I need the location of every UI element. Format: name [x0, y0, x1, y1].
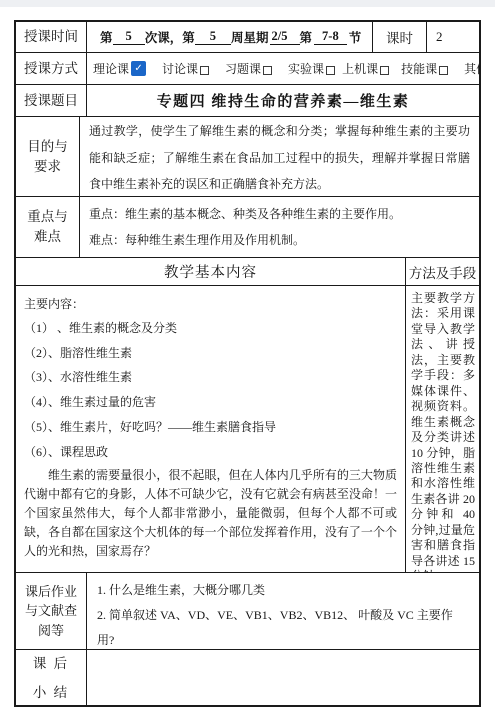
method-option: 实验课 — [288, 60, 335, 77]
content-list-item: （1） 、维生素的概念及分类 — [24, 316, 397, 341]
summary-empty-field[interactable] — [87, 650, 479, 705]
method-option-label: 习题课 — [225, 60, 261, 77]
method-option-label: 实验课 — [288, 60, 324, 77]
period-blank[interactable]: 7-8 — [314, 29, 347, 45]
homework-item: 1. 什么是维生素，大概分哪几类 — [97, 578, 469, 603]
main-content-list: （1） 、维生素的概念及分类（2）、脂溶性维生素（3）、水溶性维生素（4）、维生… — [24, 316, 397, 464]
row-teaching-topic: 授课题目 专题四 维持生命的营养素—维生素 — [16, 85, 479, 117]
content-list-item: （5）、维生素片，好吃吗？——维生素膳食指导 — [24, 415, 397, 440]
main-content-intro: 主要内容： — [24, 293, 397, 316]
row-teaching-method: 授课方式 理论课✓讨论课习题课实验课上机课技能课其他 — [16, 53, 479, 85]
row-homework: 课后作业 与文献查 阅等 1. 什么是维生素，大概分哪几类2. 简单叙述 VA、… — [16, 573, 479, 650]
keypoints-text: 重点：维生素的基本概念、种类及各种维生素的主要作用。 难点：每种维生素生理作用及… — [80, 197, 479, 257]
weekday-blank[interactable]: 2/5 — [270, 29, 300, 45]
course-number-blank[interactable]: 5 — [113, 29, 145, 45]
method-option-label: 讨论课 — [162, 60, 198, 77]
time-text-suffix: 节 — [349, 28, 362, 46]
teaching-method-label: 授课方式 — [16, 53, 87, 84]
ideology-paragraph: 维生素的需要量很小，很不起眼，但在人体内几乎所有的三大物质代谢中都有它的身影，人… — [24, 466, 397, 561]
purpose-text: 通过教学，使学生了解维生素的概念和分类；掌握每种维生素的主要功能和缺乏症；了解维… — [80, 117, 479, 196]
time-text-mid1: 次课，第 — [145, 28, 195, 46]
time-text-mid2: 周星期 — [231, 28, 269, 46]
key-point-line: 重点：维生素的基本概念、种类及各种维生素的主要作用。 — [89, 201, 470, 227]
method-option: 其他 — [464, 60, 479, 77]
keypoints-label-line2: 难点 — [34, 227, 61, 247]
keypoints-label: 重点与 难点 — [16, 197, 80, 257]
row-teaching-time: 授课时间 第5次课，第5周星期2/5第7-8节 课时 2 — [16, 22, 479, 53]
page-top-strip — [0, 0, 495, 7]
row-summary: 课 后 小 结 — [16, 650, 479, 705]
homework-label-line1: 课后作业 — [25, 582, 77, 602]
summary-label-line1: 课 后 — [33, 650, 69, 678]
teaching-time-label: 授课时间 — [16, 22, 87, 52]
purpose-label: 目的与 要求 — [16, 117, 80, 196]
methods-panel: 主要教学方法：采用课堂导入教学法、讲授法，主要教学手段：多媒体课件、视频资料。维… — [406, 286, 479, 572]
checkbox-unchecked-icon[interactable] — [326, 66, 335, 75]
class-hours-value: 2 — [427, 22, 479, 52]
time-text-mid3: 第 — [300, 28, 313, 46]
method-option: 讨论课 — [162, 60, 209, 77]
checkbox-unchecked-icon[interactable] — [200, 66, 209, 75]
method-option-label: 上机课 — [342, 60, 378, 77]
main-content-cell: 主要内容： （1） 、维生素的概念及分类（2）、脂溶性维生素（3）、水溶性维生素… — [16, 286, 406, 572]
row-keypoints: 重点与 难点 重点：维生素的基本概念、种类及各种维生素的主要作用。 难点：每种维… — [16, 197, 479, 258]
time-text-prefix: 第 — [100, 28, 113, 46]
content-list-item: （6）、课程思政 — [24, 440, 397, 465]
checkbox-checked-icon[interactable]: ✓ — [131, 61, 146, 76]
teaching-topic-label: 授课题目 — [16, 85, 87, 116]
homework-label-line3: 阅等 — [38, 621, 64, 641]
teaching-method-options: 理论课✓讨论课习题课实验课上机课技能课其他 — [87, 53, 479, 84]
lesson-plan-table: 授课时间 第5次课，第5周星期2/5第7-8节 课时 2 授课方式 理论课✓讨论… — [14, 20, 481, 707]
content-list-item: （3）、水溶性维生素 — [24, 365, 397, 390]
class-hours-label: 课时 — [373, 22, 427, 52]
method-option-label: 技能课 — [401, 60, 437, 77]
checkbox-unchecked-icon[interactable] — [380, 66, 389, 75]
homework-list: 1. 什么是维生素，大概分哪几类2. 简单叙述 VA、VD、VE、VB1、VB2… — [87, 573, 479, 649]
method-option-label: 理论课 — [93, 60, 129, 77]
purpose-label-line1: 目的与 — [27, 137, 68, 157]
difficult-point-line: 难点：每种维生素生理作用及作用机制。 — [89, 227, 470, 253]
homework-label: 课后作业 与文献查 阅等 — [16, 573, 87, 649]
row-content-header: 教学基本内容 方法及手段 — [16, 258, 479, 286]
row-purpose: 目的与 要求 通过教学，使学生了解维生素的概念和分类；掌握每种维生素的主要功能和… — [16, 117, 479, 197]
teaching-topic-title: 专题四 维持生命的营养素—维生素 — [87, 85, 479, 116]
week-number-blank[interactable]: 5 — [195, 29, 231, 45]
content-header-left: 教学基本内容 — [16, 258, 406, 285]
summary-label-line2: 小 结 — [33, 678, 69, 706]
checkbox-unchecked-icon[interactable] — [439, 66, 448, 75]
purpose-label-line2: 要求 — [34, 157, 61, 177]
method-option: 上机课 — [342, 60, 389, 77]
row-main-content: 主要内容： （1） 、维生素的概念及分类（2）、脂溶性维生素（3）、水溶性维生素… — [16, 286, 479, 573]
checkbox-unchecked-icon[interactable] — [263, 66, 272, 75]
content-header-right: 方法及手段 — [406, 258, 479, 285]
content-list-item: （4）、维生素过量的危害 — [24, 390, 397, 415]
method-option: 技能课 — [401, 60, 448, 77]
homework-label-line2: 与文献查 — [25, 601, 77, 621]
method-option: 习题课 — [225, 60, 272, 77]
method-option: 理论课✓ — [93, 60, 146, 77]
content-list-item: （2）、脂溶性维生素 — [24, 341, 397, 366]
method-option-label: 其他 — [464, 60, 479, 77]
homework-item: 2. 简单叙述 VA、VD、VE、VB1、VB2、VB12、 叶酸及 VC 主要… — [97, 603, 469, 649]
teaching-time-field: 第5次课，第5周星期2/5第7-8节 — [87, 22, 373, 52]
keypoints-label-line1: 重点与 — [27, 207, 68, 227]
summary-label: 课 后 小 结 — [16, 650, 87, 705]
